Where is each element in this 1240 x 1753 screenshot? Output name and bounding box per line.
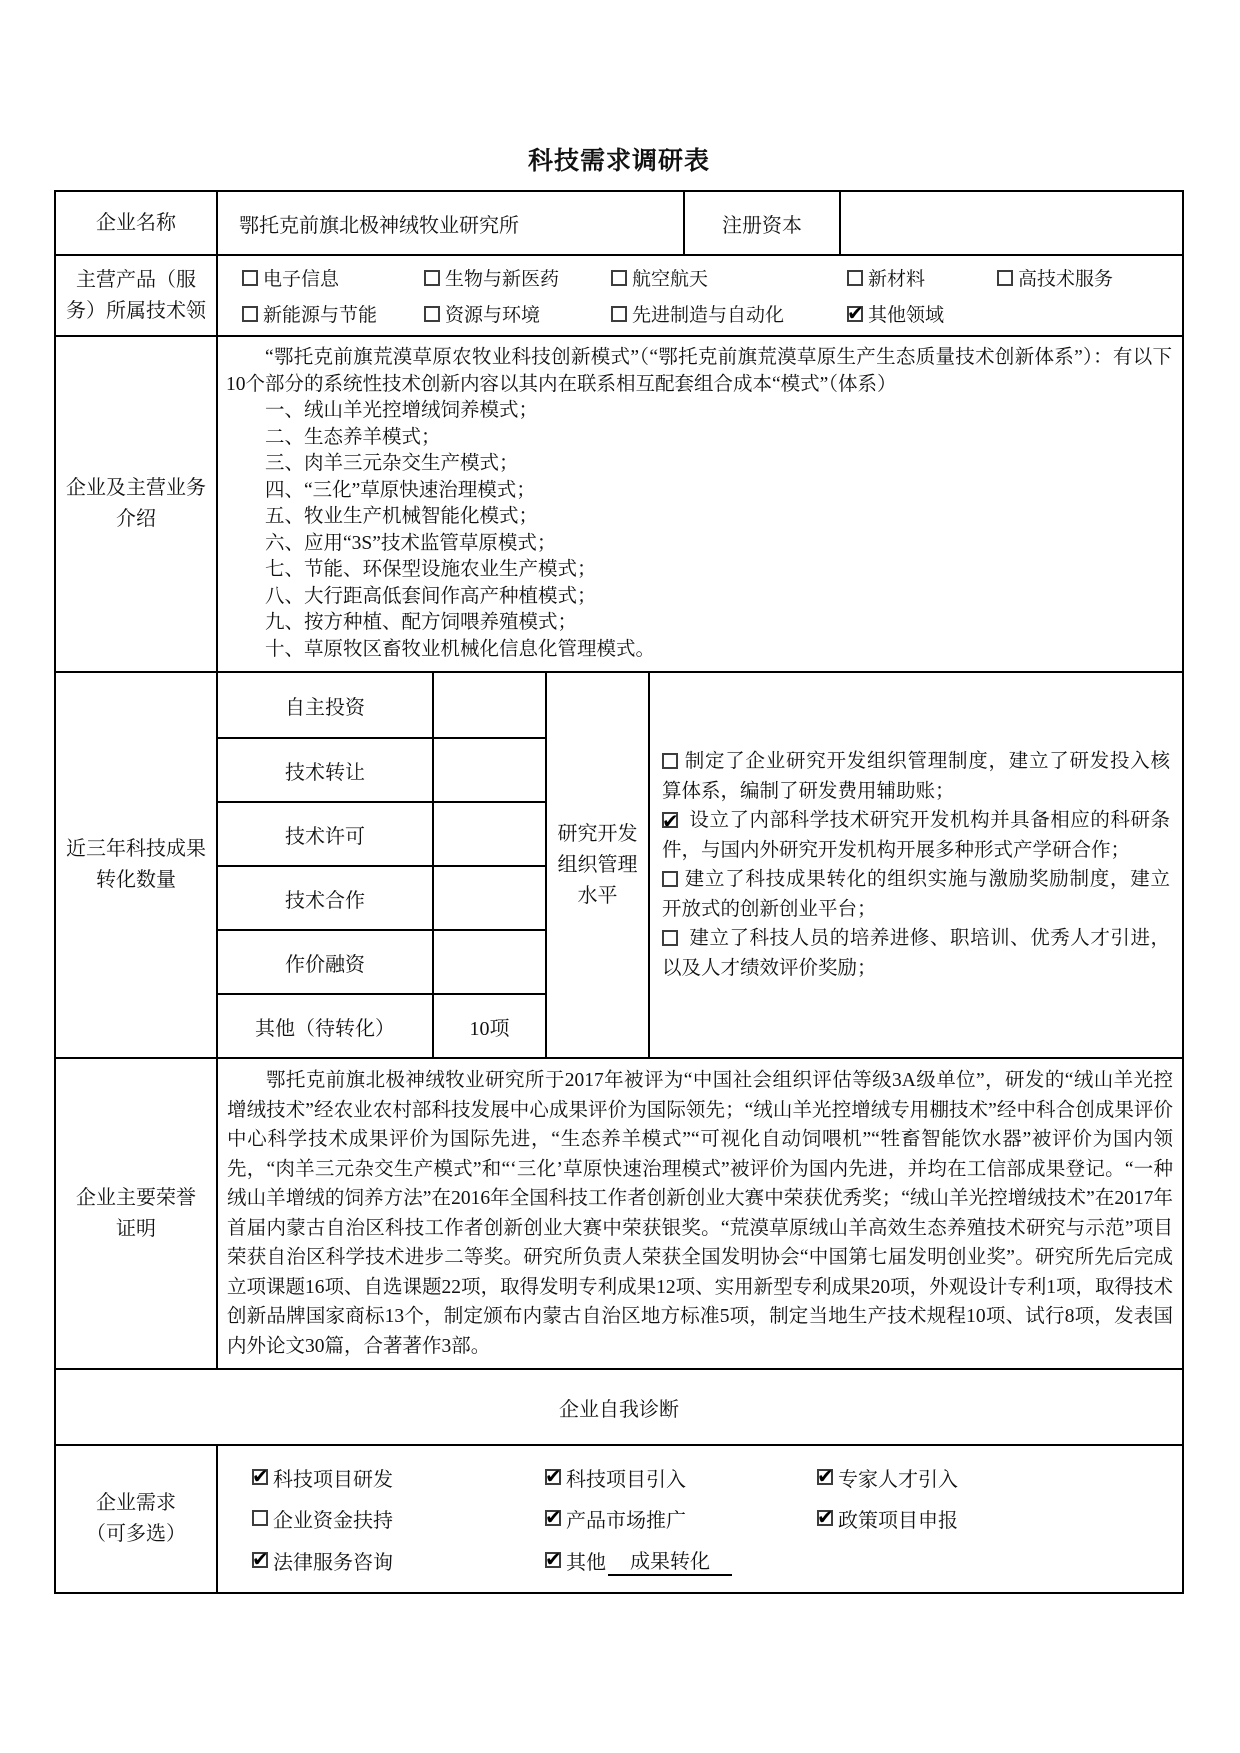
checkbox-icon[interactable]	[997, 270, 1013, 286]
business-intro-label: 企业及主营业务 介绍	[56, 337, 216, 671]
option-other-field[interactable]: 其他领域	[847, 300, 997, 327]
other-need-fill-in[interactable]: 成果转化	[608, 1545, 732, 1576]
transform-row-value[interactable]	[432, 803, 545, 865]
checkbox-icon[interactable]	[545, 1510, 561, 1526]
list-item: 二、生态养羊模式；	[265, 425, 1172, 452]
rd-level-options: 制定了企业研究开发组织管理制度，建立了研发投入核算体系，编制了研发费用辅助账； …	[648, 673, 1182, 1057]
self-diagnosis-label: 企业自我诊断	[56, 1370, 1182, 1444]
registered-capital-label: 注册资本	[683, 192, 839, 254]
business-intro-text: “鄂托克前旗荒漠草原农牧业科技创新模式”（“鄂托克前旗荒漠草原生产生态质量技术创…	[216, 337, 1182, 671]
checkbox-icon[interactable]	[242, 306, 258, 322]
transform-row-label: 技术转让	[218, 739, 432, 801]
checkbox-icon[interactable]	[662, 930, 678, 946]
page-title: 科技需求调研表	[54, 0, 1184, 177]
checkbox-icon[interactable]	[662, 753, 678, 769]
company-name-value: 鄂托克前旗北极神绒牧业研究所	[216, 192, 683, 254]
transform-row-label: 其他（待转化）	[218, 995, 432, 1057]
list-item: 三、肉羊三元杂交生产模式；	[265, 451, 1172, 478]
checkbox-icon[interactable]	[847, 270, 863, 286]
survey-form-table: 企业名称 鄂托克前旗北极神绒牧业研究所 注册资本 主营产品（服 务）所属技术领 …	[54, 190, 1184, 1594]
checkbox-icon[interactable]	[545, 1552, 561, 1568]
transform-row-label: 作价融资	[218, 931, 432, 993]
transform-row-value[interactable]	[432, 673, 545, 737]
rd-option[interactable]: 建立了科技人员的培养进修、职培训、优秀人才引进，以及人才绩效评价奖励；	[662, 924, 1170, 983]
list-item: 九、按方种植、配方饲喂养殖模式；	[265, 610, 1172, 637]
intro-paragraph: “鄂托克前旗荒漠草原农牧业科技创新模式”（“鄂托克前旗荒漠草原生产生态质量技术创…	[226, 345, 1172, 398]
table-row: 技术转让	[218, 737, 545, 801]
needs-label: 企业需求 （可多选）	[56, 1446, 216, 1592]
checkbox-icon[interactable]	[545, 1469, 561, 1485]
transform-subtable: 自主投资 技术转让 技术许可 技术合作 作价融资	[216, 673, 545, 1057]
list-item: 十、草原牧区畜牧业机械化信息化管理模式。	[265, 637, 1172, 664]
checkbox-icon[interactable]	[242, 270, 258, 286]
option-policy-project-apply[interactable]: 政策项目申报	[817, 1504, 1178, 1533]
option-new-energy[interactable]: 新能源与节能	[242, 300, 424, 327]
registered-capital-value[interactable]	[839, 192, 1182, 254]
row-business-intro: 企业及主营业务 介绍 “鄂托克前旗荒漠草原农牧业科技创新模式”（“鄂托克前旗荒漠…	[56, 335, 1182, 671]
option-tech-project-import[interactable]: 科技项目引入	[545, 1463, 817, 1492]
transform-row-value[interactable]	[432, 931, 545, 993]
list-item: 一、绒山羊光控增绒饲养模式；	[265, 398, 1172, 425]
option-market-promotion[interactable]: 产品市场推广	[545, 1504, 817, 1533]
table-row: 技术许可	[218, 801, 545, 865]
intro-item-list: 一、绒山羊光控增绒饲养模式； 二、生态养羊模式； 三、肉羊三元杂交生产模式； 四…	[226, 398, 1172, 663]
checkbox-icon[interactable]	[252, 1510, 268, 1526]
rd-option[interactable]: 建立了科技成果转化的组织实施与激励奖励制度，建立开放式的创新创业平台；	[662, 865, 1170, 924]
honors-text: 鄂托克前旗北极神绒牧业研究所于2017年被评为“中国社会组织评估等级3A级单位”…	[216, 1059, 1182, 1368]
needs-options: 科技项目研发 科技项目引入 专家人才引入 企业资金扶持 产品市场推广 政策项目申…	[216, 1446, 1182, 1592]
table-row: 作价融资	[218, 929, 545, 993]
rd-option[interactable]: 制定了企业研究开发组织管理制度，建立了研发投入核算体系，编制了研发费用辅助账；	[662, 747, 1170, 806]
list-item: 八、大行距高低套间作高产种植模式；	[265, 584, 1172, 611]
checkbox-icon[interactable]	[252, 1552, 268, 1568]
checkbox-icon[interactable]	[252, 1469, 268, 1485]
option-hightech-service[interactable]: 高技术服务	[997, 264, 1178, 291]
option-legal-service[interactable]: 法律服务咨询	[252, 1545, 545, 1576]
transform-row-label: 技术许可	[218, 803, 432, 865]
company-name-label: 企业名称	[56, 192, 216, 254]
checkbox-icon[interactable]	[424, 270, 440, 286]
list-item: 七、节能、环保型设施农业生产模式；	[265, 557, 1172, 584]
transform-row-value[interactable]	[432, 739, 545, 801]
row-self-diagnosis: 企业自我诊断	[56, 1368, 1182, 1444]
honors-label: 企业主要荣誉 证明	[56, 1059, 216, 1368]
tech-field-label: 主营产品（服 务）所属技术领	[56, 256, 216, 335]
row-honors: 企业主要荣誉 证明 鄂托克前旗北极神绒牧业研究所于2017年被评为“中国社会组织…	[56, 1057, 1182, 1368]
row-tech-field: 主营产品（服 务）所属技术领 电子信息 生物与新医药 航空航天 新材料 高技术服…	[56, 254, 1182, 335]
checkbox-icon[interactable]	[817, 1510, 833, 1526]
transform-label: 近三年科技成果 转化数量	[56, 673, 216, 1057]
list-item: 五、牧业生产机械智能化模式；	[265, 504, 1172, 531]
option-aerospace[interactable]: 航空航天	[611, 264, 847, 291]
table-row: 技术合作	[218, 865, 545, 929]
rd-option[interactable]: 设立了内部科学技术研究开发机构并具备相应的科研条件，与国内外研究开发机构开展多种…	[662, 806, 1170, 865]
transform-row-label: 技术合作	[218, 867, 432, 929]
option-resource-environment[interactable]: 资源与环境	[424, 300, 611, 327]
table-row: 自主投资	[218, 673, 545, 737]
option-tech-project-rd[interactable]: 科技项目研发	[252, 1463, 545, 1492]
checkbox-icon[interactable]	[817, 1469, 833, 1485]
option-funding-support[interactable]: 企业资金扶持	[252, 1504, 545, 1533]
list-item: 四、“三化”草原快速治理模式；	[265, 478, 1172, 505]
checkbox-icon[interactable]	[662, 812, 678, 828]
row-achievement-transform: 近三年科技成果 转化数量 自主投资 技术转让 技术许可 技术合作	[56, 671, 1182, 1057]
option-bio-medicine[interactable]: 生物与新医药	[424, 264, 611, 291]
checkbox-icon[interactable]	[424, 306, 440, 322]
transform-row-value[interactable]	[432, 867, 545, 929]
row-company: 企业名称 鄂托克前旗北极神绒牧业研究所 注册资本	[56, 192, 1182, 254]
option-electronic-info[interactable]: 电子信息	[242, 264, 424, 291]
tech-field-options: 电子信息 生物与新医药 航空航天 新材料 高技术服务 新能源与节能 资源与环境 …	[216, 256, 1182, 335]
option-advanced-manufacturing[interactable]: 先进制造与自动化	[611, 300, 847, 327]
option-other-need[interactable]: 其他成果转化	[545, 1545, 817, 1576]
option-new-materials[interactable]: 新材料	[847, 264, 997, 291]
survey-form-page: 科技需求调研表 企业名称 鄂托克前旗北极神绒牧业研究所 注册资本 主营产品（服 …	[0, 0, 1240, 1753]
checkbox-icon[interactable]	[611, 306, 627, 322]
checkbox-icon[interactable]	[847, 306, 863, 322]
option-expert-talent-import[interactable]: 专家人才引入	[817, 1463, 1178, 1492]
rd-level-label: 研究开发 组织管理 水平	[545, 673, 648, 1057]
checkbox-icon[interactable]	[611, 270, 627, 286]
row-needs: 企业需求 （可多选） 科技项目研发 科技项目引入 专家人才引入 企业资金扶持 产…	[56, 1444, 1182, 1592]
checkbox-icon[interactable]	[662, 871, 678, 887]
transform-row-label: 自主投资	[218, 673, 432, 737]
table-row: 其他（待转化） 10项	[218, 993, 545, 1057]
transform-row-value[interactable]: 10项	[432, 995, 545, 1057]
list-item: 六、应用“3S”技术监管草原模式；	[265, 531, 1172, 558]
